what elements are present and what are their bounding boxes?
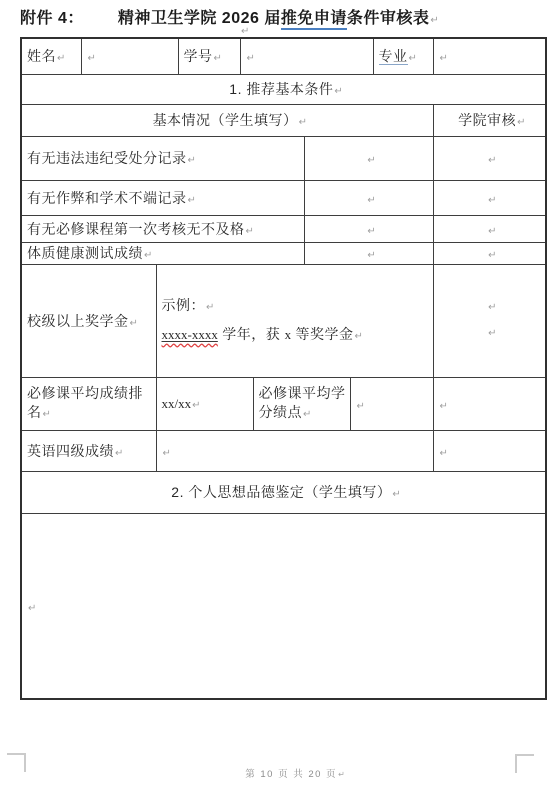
title-text: 精神卫生学院 2026 届推免申请条件审核表 <box>118 10 430 27</box>
student-id-input-cell[interactable]: ↵ <box>240 38 373 74</box>
major-label: 专业 <box>379 48 408 65</box>
section2-heading: 2. 个人思想品德鉴定（学生填写） <box>171 484 391 500</box>
grammar-underlined-text: 推免申请 <box>281 10 347 30</box>
pilcrow-mark: ↵ <box>338 770 345 779</box>
review-cell[interactable]: ↵ <box>433 377 546 430</box>
review-cell[interactable]: ↵ <box>433 136 546 180</box>
pilcrow-mark: ↵ <box>367 250 375 261</box>
identity-row: 姓名↵ ↵ 学号↵ ↵ 专业↵ ↵ <box>21 38 546 74</box>
pilcrow-mark: ↵ <box>88 53 96 64</box>
pilcrow-mark: ↵ <box>440 448 448 459</box>
spellcheck-flagged-text: xxxx-xxxx <box>162 327 218 342</box>
pilcrow-mark: ↵ <box>357 401 365 412</box>
header-row: 基本情况（学生填写）↵ 学院审核↵ <box>21 104 546 136</box>
review-form-table: 姓名↵ ↵ 学号↵ ↵ 专业↵ ↵ 1. 推荐基本条件↵ 基本情况（学生填写）↵… <box>20 37 547 700</box>
pilcrow-mark: ↵ <box>299 117 307 128</box>
scholarship-label-cell: 校级以上奖学金↵ <box>21 264 156 377</box>
pilcrow-mark: ↵ <box>192 400 200 411</box>
pilcrow-mark: ↵ <box>57 53 65 64</box>
cet4-value-cell[interactable]: ↵ <box>156 430 433 471</box>
pilcrow-mark: ↵ <box>28 603 36 614</box>
pilcrow-mark: ↵ <box>367 226 375 237</box>
major-label-cell: 专业↵ <box>373 38 433 74</box>
pilcrow-mark: ↵ <box>367 155 375 166</box>
ranking-value-cell[interactable]: xx/xx↵ <box>156 377 253 430</box>
cet4-label: 英语四级成绩 <box>27 443 114 459</box>
student-id-label-cell: 学号↵ <box>178 38 240 74</box>
condition-answer-cell[interactable]: ↵ <box>304 242 433 264</box>
review-cell[interactable]: ↵ <box>433 242 546 264</box>
section2-row: 2. 个人思想品德鉴定（学生填写）↵ <box>21 471 546 513</box>
gpa-label-cell: 必修课平均学分绩点↵ <box>253 377 350 430</box>
condition-row: 有无违法违纪受处分记录↵ ↵ ↵ <box>21 136 546 180</box>
condition-row: 有无作弊和学术不端记录↵ ↵ ↵ <box>21 180 546 215</box>
pilcrow-mark: ↵ <box>440 321 546 347</box>
scholarship-label: 校级以上奖学金 <box>27 313 129 329</box>
review-cell[interactable]: ↵ <box>433 430 546 471</box>
pilcrow-mark: ↵ <box>241 26 249 37</box>
pilcrow-mark: ↵ <box>488 195 496 206</box>
gpa-value-cell[interactable]: ↵ <box>350 377 433 430</box>
name-label-cell: 姓名↵ <box>21 38 81 74</box>
example-intro: 示例： <box>162 297 206 313</box>
ranking-value: xx/xx <box>162 396 192 411</box>
condition-answer-cell[interactable]: ↵ <box>304 136 433 180</box>
pilcrow-mark: ↵ <box>214 53 222 64</box>
pilcrow-mark: ↵ <box>488 155 496 166</box>
review-cell[interactable]: ↵ ↵ <box>433 264 546 377</box>
condition-answer-cell[interactable]: ↵ <box>304 180 433 215</box>
condition-answer-cell[interactable]: ↵ <box>304 215 433 242</box>
pilcrow-mark: ↵ <box>355 331 363 342</box>
cet4-label-cell: 英语四级成绩↵ <box>21 430 156 471</box>
page-footer: 第 10 页 共 20 页↵ <box>0 766 554 780</box>
pilcrow-mark: ↵ <box>430 15 438 26</box>
section2-heading-cell: 2. 个人思想品德鉴定（学生填写）↵ <box>21 471 546 513</box>
name-label: 姓名 <box>27 48 56 64</box>
pilcrow-mark: ↵ <box>144 250 152 261</box>
section1-heading: 1. 推荐基本条件 <box>229 81 333 97</box>
pilcrow-mark: ↵ <box>488 226 496 237</box>
pilcrow-mark: ↵ <box>440 53 448 64</box>
appraisal-input-cell[interactable]: ↵ <box>21 513 546 699</box>
condition-label: 有无违法违纪受处分记录 <box>27 150 187 166</box>
ranking-label-cell: 必修课平均成绩排名↵ <box>21 377 156 430</box>
major-input-cell[interactable]: ↵ <box>433 38 546 74</box>
section1-row: 1. 推荐基本条件↵ <box>21 74 546 104</box>
condition-label-cell: 有无作弊和学术不端记录↵ <box>21 180 304 215</box>
cet4-row: 英语四级成绩↵ ↵ ↵ <box>21 430 546 471</box>
pilcrow-mark: ↵ <box>440 401 448 412</box>
document-page: 附件 4：精神卫生学院 2026 届推免申请条件审核表↵ ↵ 姓名↵ ↵ 学号↵… <box>0 0 554 786</box>
example-mid: 学年，获 <box>218 326 285 342</box>
scholarship-example-cell[interactable]: 示例：↵ xxxx-xxxx 学年，获 x 等奖学金↵ <box>156 264 433 377</box>
title-suffix: 条件审核表 <box>347 10 430 27</box>
review-cell[interactable]: ↵ <box>433 215 546 242</box>
pilcrow-mark: ↵ <box>188 195 196 206</box>
ranking-row: 必修课平均成绩排名↵ xx/xx↵ 必修课平均学分绩点↵ ↵ ↵ <box>21 377 546 430</box>
pilcrow-mark: ↵ <box>440 295 546 321</box>
college-review-header-cell: 学院审核↵ <box>433 104 546 136</box>
condition-label: 体质健康测试成绩 <box>27 245 143 261</box>
condition-label-cell: 有无必修课程第一次考核无不及格↵ <box>21 215 304 242</box>
example-end: 等奖学金 <box>291 326 353 342</box>
pilcrow-mark: ↵ <box>206 302 214 313</box>
attachment-label: 附件 4： <box>20 10 84 27</box>
name-input-cell[interactable]: ↵ <box>81 38 178 74</box>
title-prefix: 精神卫生学院 2026 届 <box>118 10 281 27</box>
pilcrow-mark: ↵ <box>130 318 138 329</box>
scholarship-row: 校级以上奖学金↵ 示例：↵ xxxx-xxxx 学年，获 x 等奖学金↵ ↵ ↵ <box>21 264 546 377</box>
pilcrow-mark: ↵ <box>409 53 417 64</box>
condition-row: 有无必修课程第一次考核无不及格↵ ↵ ↵ <box>21 215 546 242</box>
college-review-header: 学院审核 <box>458 112 516 128</box>
review-cell[interactable]: ↵ <box>433 180 546 215</box>
page-number: 第 10 页 共 20 页 <box>245 769 337 780</box>
pilcrow-mark: ↵ <box>392 489 400 500</box>
pilcrow-mark: ↵ <box>488 250 496 261</box>
pilcrow-mark: ↵ <box>517 117 525 128</box>
condition-label-cell: 体质健康测试成绩↵ <box>21 242 304 264</box>
pilcrow-mark: ↵ <box>163 448 171 459</box>
condition-label: 有无必修课程第一次考核无不及格 <box>27 221 245 237</box>
condition-label-cell: 有无违法违纪受处分记录↵ <box>21 136 304 180</box>
scholarship-example-line1: 示例：↵ <box>162 292 433 321</box>
pilcrow-mark: ↵ <box>43 409 51 420</box>
student-id-label: 学号 <box>184 48 213 64</box>
pilcrow-mark: ↵ <box>367 195 375 206</box>
pilcrow-mark: ↵ <box>247 53 255 64</box>
document-title: 附件 4：精神卫生学院 2026 届推免申请条件审核表↵ <box>20 5 439 28</box>
condition-row: 体质健康测试成绩↵ ↵ ↵ <box>21 242 546 264</box>
condition-label: 有无作弊和学术不端记录 <box>27 190 187 206</box>
basic-info-header: 基本情况（学生填写） <box>153 112 298 128</box>
appraisal-row: ↵ <box>21 513 546 699</box>
pilcrow-mark: ↵ <box>115 448 123 459</box>
pilcrow-mark: ↵ <box>334 86 342 97</box>
pilcrow-mark: ↵ <box>303 409 311 420</box>
pilcrow-mark: ↵ <box>188 155 196 166</box>
section1-heading-cell: 1. 推荐基本条件↵ <box>21 74 546 104</box>
scholarship-example-line2: xxxx-xxxx 学年，获 x 等奖学金↵ <box>162 321 433 350</box>
pilcrow-mark: ↵ <box>246 226 254 237</box>
basic-info-header-cell: 基本情况（学生填写）↵ <box>21 104 433 136</box>
